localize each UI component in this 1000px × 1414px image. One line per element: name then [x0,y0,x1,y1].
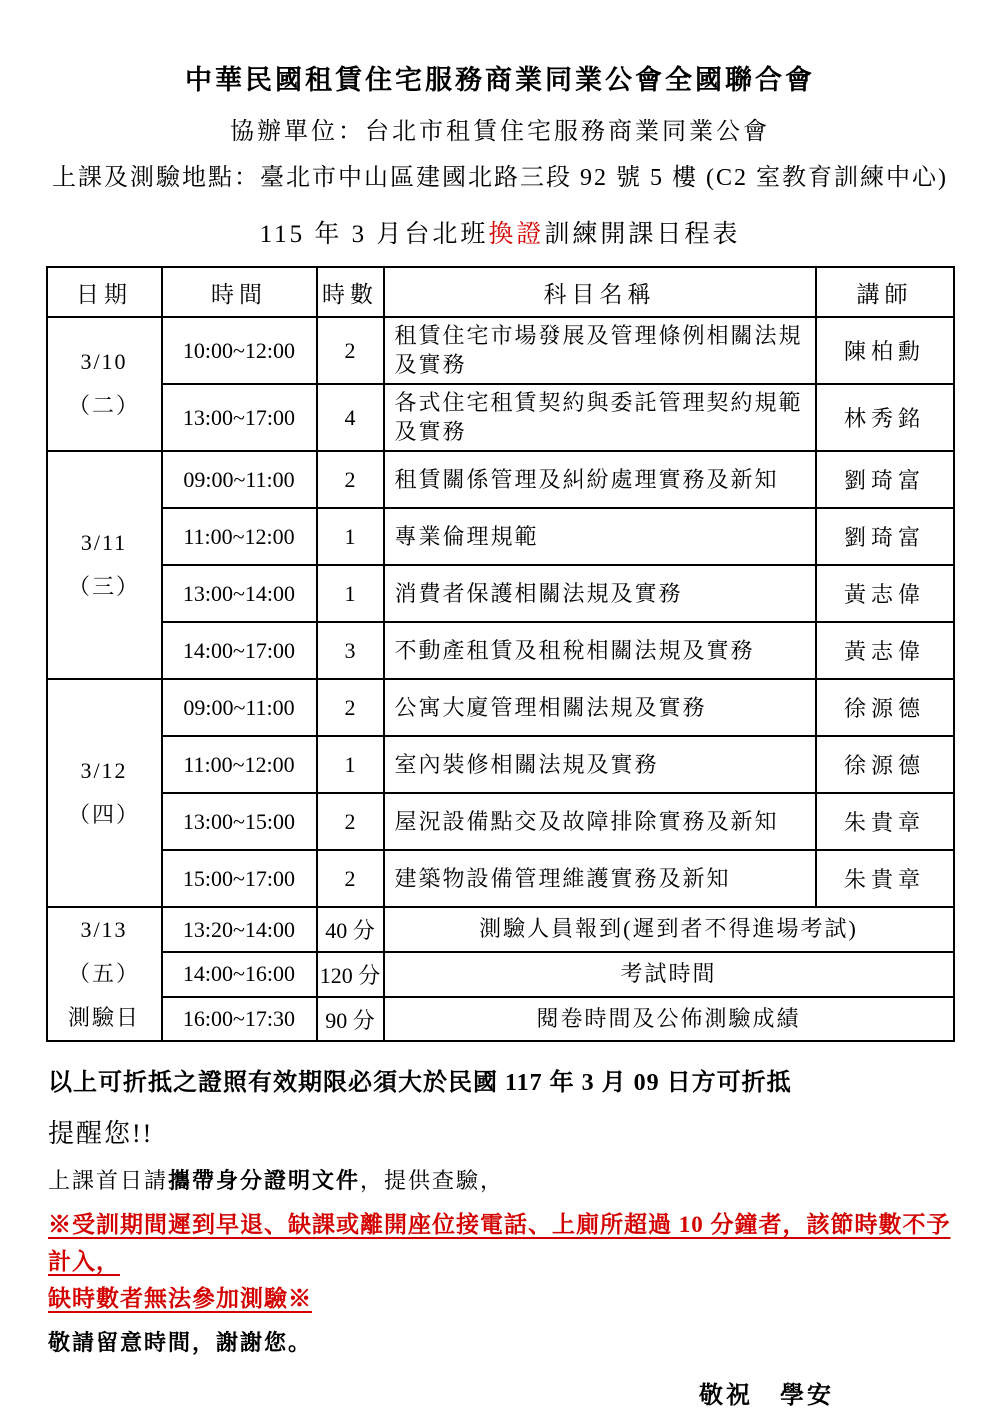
co-organizer-line: 協辦單位：台北市租賃住宅服務商業同業公會 [0,111,1000,146]
subject-cell: 公寓大廈管理相關法規及實務 [384,679,816,736]
table-row: 13:00~14:001消費者保護相關法規及實務黃志偉 [47,565,954,622]
subject-cell: 各式住宅租賃契約與委託管理契約規範及實務 [384,384,816,451]
date-cell-line: （四） [48,793,161,837]
schedule-table: 日期 時間 時數 科目名稱 講師 3/10（二）10:00~12:002租賃住宅… [46,266,955,1042]
date-cell-line: 3/10 [48,340,161,384]
subject-cell: 建築物設備管理維護實務及新知 [384,850,816,907]
subject-cell: 室內裝修相關法規及實務 [384,736,816,793]
subject-cell: 屋況設備點交及故障排除實務及新知 [384,793,816,850]
date-cell-line: 測驗日 [48,996,161,1040]
schedule-title-highlight: 換證 [488,221,544,248]
first-day-note: 上課首日請攜帶身分證明文件，提供查驗， [48,1164,952,1195]
table-row: 3/12（四）09:00~11:002公寓大廈管理相關法規及實務徐源德 [47,679,954,736]
first-day-bold: 攜帶身分證明文件 [168,1168,360,1193]
table-header-row: 日期 時間 時數 科目名稱 講師 [47,267,954,317]
location-line: 上課及測驗地點：臺北市中山區建國北路三段 92 號 5 樓 (C2 室教育訓練中… [0,157,1000,192]
instructor-cell: 林秀銘 [816,384,954,451]
hours-cell: 2 [317,317,384,384]
column-header-hours: 時數 [317,267,384,317]
reminder-title: 提醒您!! [48,1113,952,1150]
subject-cell: 不動產租賃及租稅相關法規及實務 [384,622,816,679]
warning-text: ※受訓期間遲到早退、缺課或離開座位接電話、上廁所超過 10 分鐘者，該節時數不予… [48,1207,952,1317]
hours-cell: 2 [317,679,384,736]
column-header-instructor: 講師 [816,267,954,317]
time-cell: 14:00~17:00 [162,622,317,679]
schedule-title: 115 年 3 月台北班換證訓練開課日程表 [0,214,1000,250]
time-cell: 16:00~17:30 [162,997,317,1042]
time-cell: 13:00~14:00 [162,565,317,622]
hours-cell: 2 [317,850,384,907]
instructor-cell: 朱貴章 [816,850,954,907]
instructor-cell: 劉琦富 [816,451,954,508]
time-cell: 09:00~11:00 [162,451,317,508]
closing-salutation: 敬祝 學安 [48,1375,952,1410]
document-header: 中華民國租賃住宅服務商業同業公會全國聯合會 協辦單位：台北市租賃住宅服務商業同業… [0,0,1000,250]
validity-note: 以上可折抵之證照有效期限必須大於民國 117 年 3 月 09 日方可折抵 [48,1062,952,1097]
date-cell-line: 3/11 [48,521,161,565]
hours-cell: 2 [317,793,384,850]
document-footer: 以上可折抵之證照有效期限必須大於民國 117 年 3 月 09 日方可折抵 提醒… [48,1062,952,1409]
table-row: 3/13（五）測驗日13:20~14:0040 分測驗人員報到(遲到者不得進場考… [47,907,954,952]
hours-cell: 90 分 [317,997,384,1042]
subject-cell: 消費者保護相關法規及實務 [384,565,816,622]
subject-cell: 閱卷時間及公佈測驗成績 [384,997,954,1042]
subject-cell: 租賃關係管理及糾紛處理實務及新知 [384,451,816,508]
time-cell: 11:00~12:00 [162,508,317,565]
table-row: 13:00~15:002屋況設備點交及故障排除實務及新知朱貴章 [47,793,954,850]
hours-cell: 4 [317,384,384,451]
column-header-subject: 科目名稱 [384,267,816,317]
instructor-cell: 黃志偉 [816,565,954,622]
subject-cell: 租賃住宅市場發展及管理條例相關法規及實務 [384,317,816,384]
time-cell: 13:20~14:00 [162,907,317,952]
date-cell: 3/12（四） [47,679,162,907]
hours-cell: 1 [317,565,384,622]
warning-line-2: 缺時數者無法參加測驗※ [48,1286,312,1311]
time-cell: 15:00~17:00 [162,850,317,907]
table-row: 15:00~17:002建築物設備管理維護實務及新知朱貴章 [47,850,954,907]
page-title: 中華民國租賃住宅服務商業同業公會全國聯合會 [0,58,1000,97]
subject-cell: 考試時間 [384,952,954,997]
first-day-prefix: 上課首日請 [48,1168,168,1193]
hours-cell: 120 分 [317,952,384,997]
column-header-time: 時間 [162,267,317,317]
date-cell: 3/10（二） [47,317,162,451]
table-row: 11:00~12:001專業倫理規範劉琦富 [47,508,954,565]
time-cell: 13:00~17:00 [162,384,317,451]
date-cell: 3/13（五）測驗日 [47,907,162,1041]
date-cell-line: 3/12 [48,749,161,793]
warning-line-1: ※受訓期間遲到早退、缺課或離開座位接電話、上廁所超過 10 分鐘者，該節時數不予… [48,1212,951,1274]
attention-note: 敬請留意時間，謝謝您。 [48,1326,952,1357]
time-cell: 13:00~15:00 [162,793,317,850]
table-row: 3/11（三）09:00~11:002租賃關係管理及糾紛處理實務及新知劉琦富 [47,451,954,508]
hours-cell: 2 [317,451,384,508]
subject-cell: 測驗人員報到(遲到者不得進場考試) [384,907,954,952]
time-cell: 09:00~11:00 [162,679,317,736]
schedule-title-suffix: 訓練開課日程表 [544,221,740,248]
date-cell: 3/11（三） [47,451,162,679]
document-page: 中華民國租賃住宅服務商業同業公會全國聯合會 協辦單位：台北市租賃住宅服務商業同業… [0,0,1000,1414]
table-row: 14:00~17:003不動產租賃及租稅相關法規及實務黃志偉 [47,622,954,679]
table-row: 13:00~17:004各式住宅租賃契約與委託管理契約規範及實務林秀銘 [47,384,954,451]
hours-cell: 1 [317,736,384,793]
schedule-title-prefix: 115 年 3 月台北班 [260,221,489,248]
table-row: 11:00~12:001室內裝修相關法規及實務徐源德 [47,736,954,793]
instructor-cell: 朱貴章 [816,793,954,850]
date-cell-line: （二） [48,384,161,428]
instructor-cell: 黃志偉 [816,622,954,679]
date-cell-line: （五） [48,952,161,996]
time-cell: 14:00~16:00 [162,952,317,997]
instructor-cell: 劉琦富 [816,508,954,565]
instructor-cell: 徐源德 [816,679,954,736]
date-cell-line: 3/13 [48,908,161,952]
time-cell: 10:00~12:00 [162,317,317,384]
hours-cell: 1 [317,508,384,565]
table-row: 14:00~16:00120 分考試時間 [47,952,954,997]
subject-cell: 專業倫理規範 [384,508,816,565]
instructor-cell: 徐源德 [816,736,954,793]
column-header-date: 日期 [47,267,162,317]
first-day-suffix: ，提供查驗， [360,1168,504,1193]
hours-cell: 40 分 [317,907,384,952]
time-cell: 11:00~12:00 [162,736,317,793]
hours-cell: 3 [317,622,384,679]
table-row: 16:00~17:3090 分閱卷時間及公佈測驗成績 [47,997,954,1042]
date-cell-line: （三） [48,565,161,609]
table-row: 3/10（二）10:00~12:002租賃住宅市場發展及管理條例相關法規及實務陳… [47,317,954,384]
instructor-cell: 陳柏勳 [816,317,954,384]
